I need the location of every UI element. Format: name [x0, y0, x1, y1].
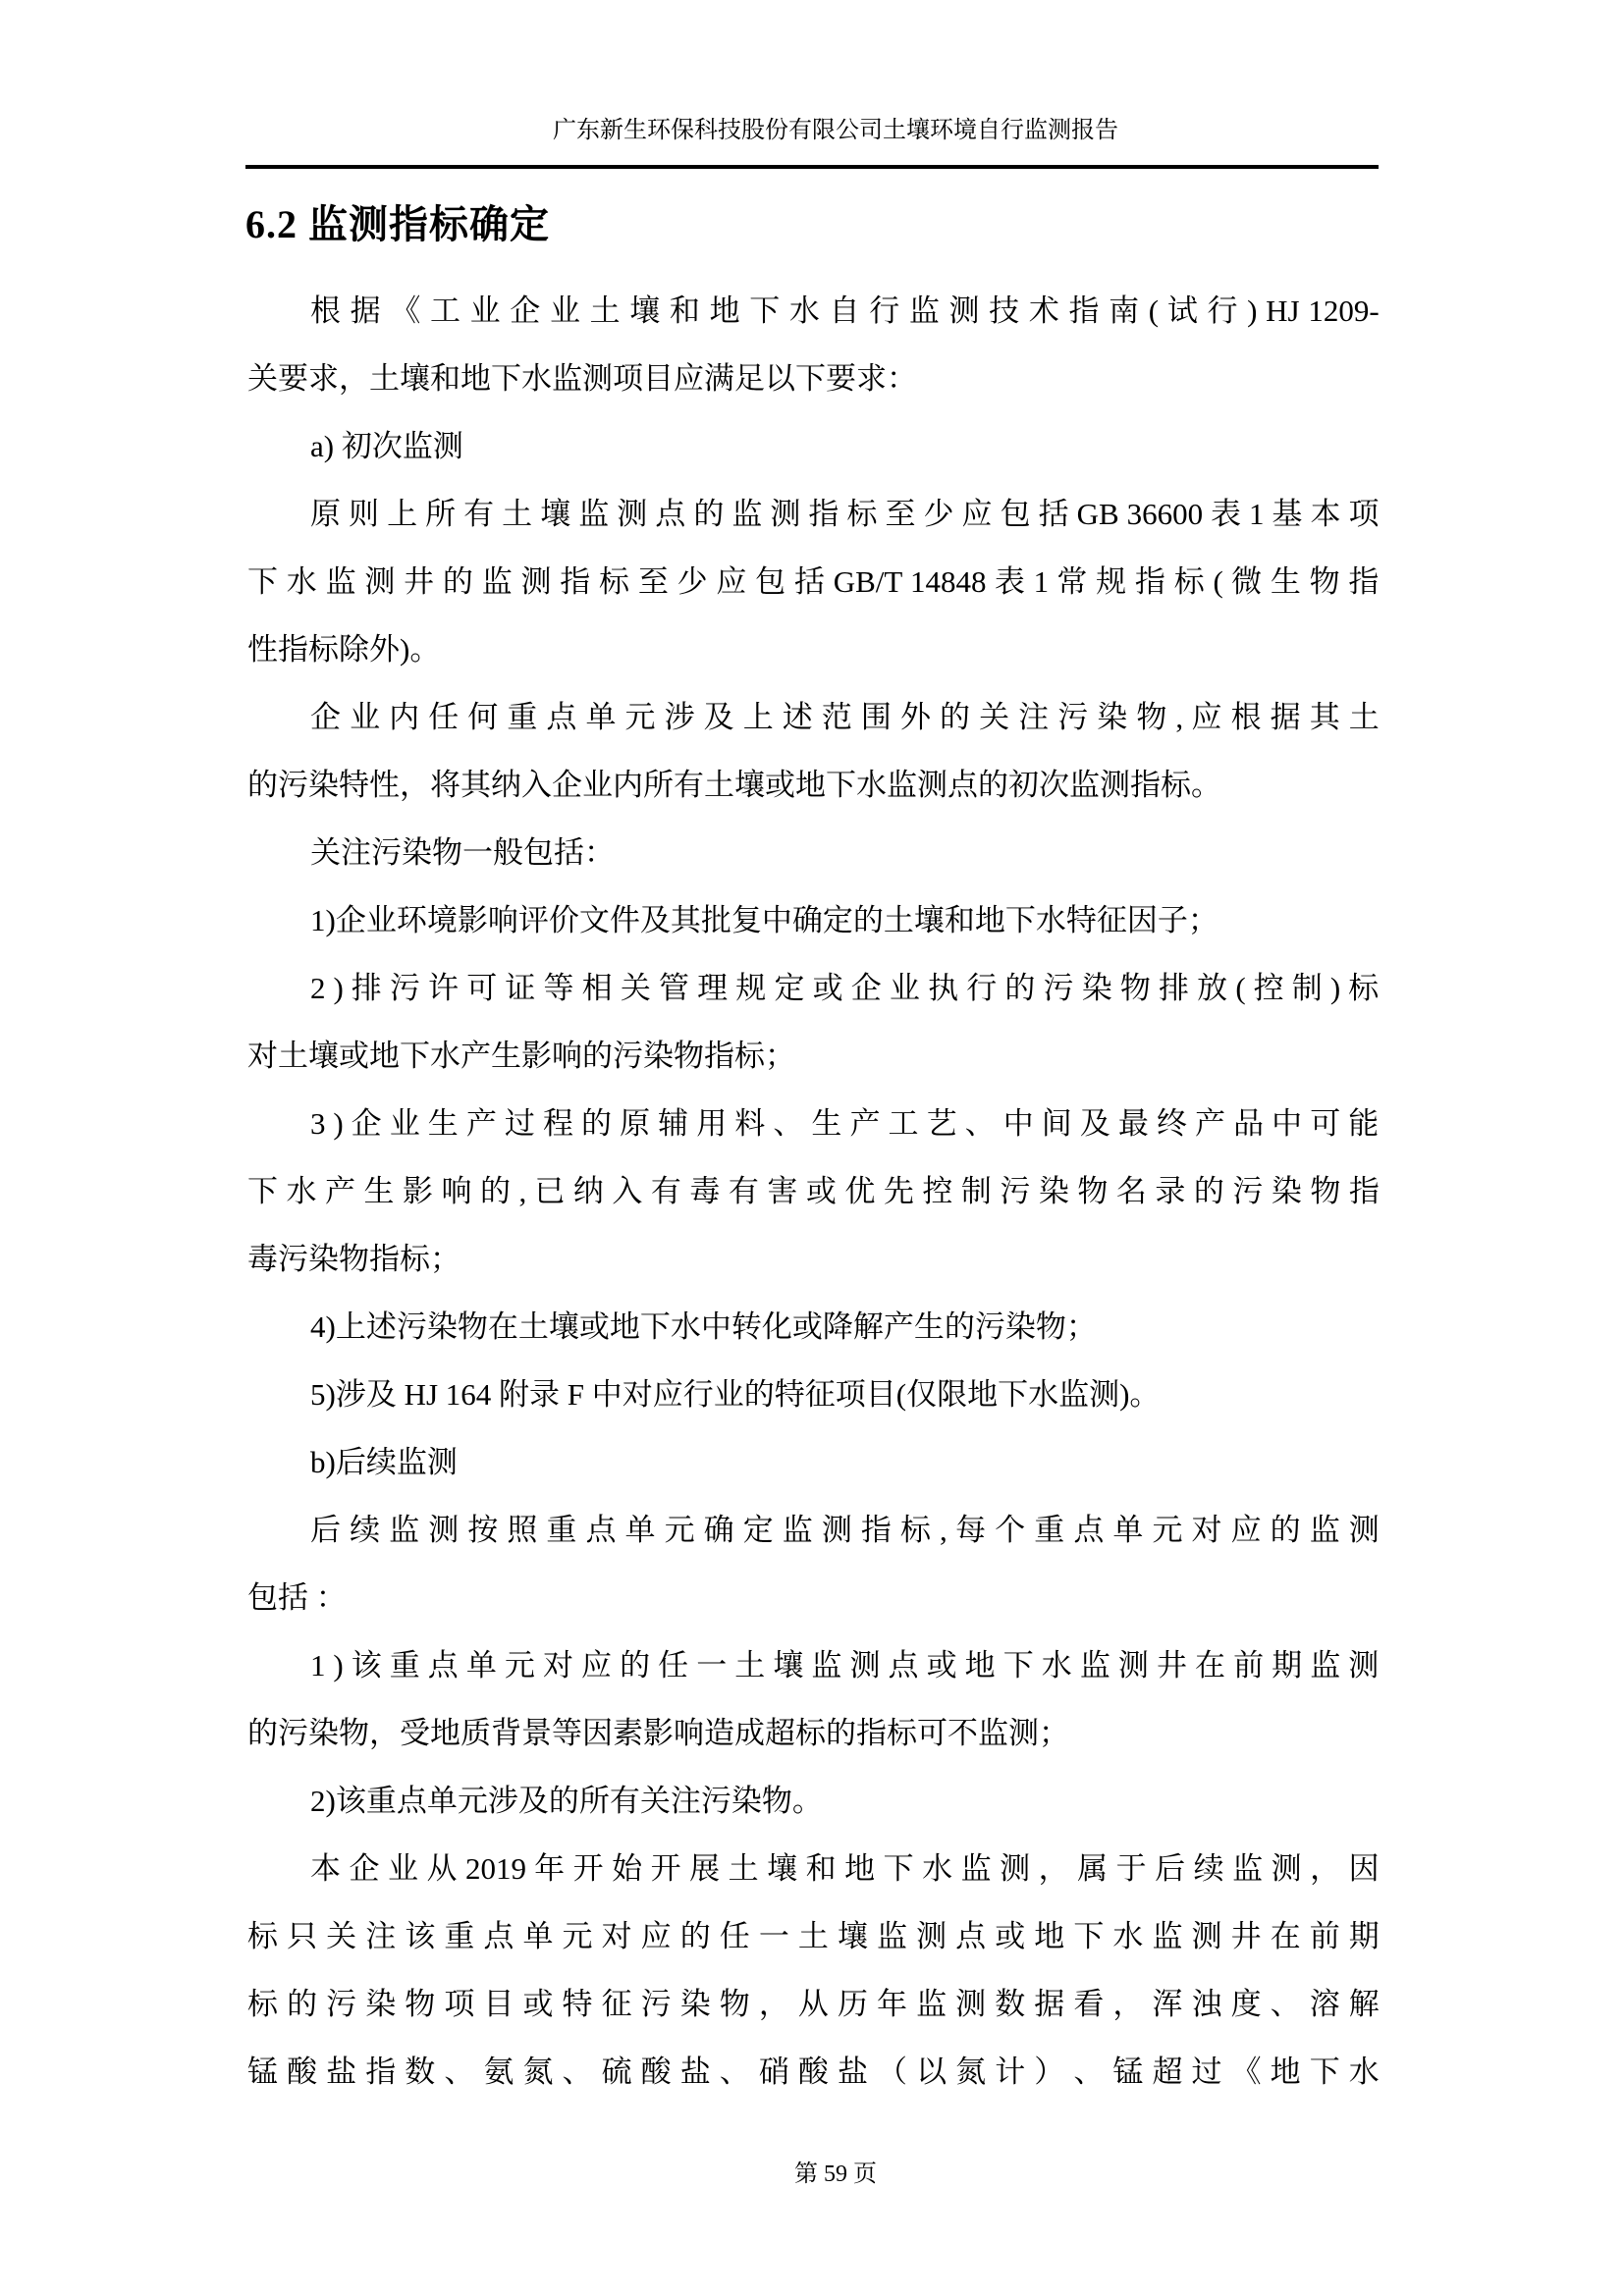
- body-line-segment: 或: [927, 1648, 957, 1682]
- body-line-segment: 或: [522, 1987, 554, 2021]
- body-line-segment: 监: [877, 1919, 908, 1953]
- body-line-segment: 或: [995, 1919, 1026, 1953]
- body-line-segment: 企: [310, 700, 342, 734]
- body-line-segment: 开: [651, 1851, 681, 1886]
- body-line-segment: 历: [838, 1987, 869, 2021]
- body-line-segment: 1: [310, 1648, 326, 1682]
- body-line-segment: 点: [889, 1648, 919, 1682]
- body-line-segment: 企: [352, 1106, 382, 1141]
- body-line-segment: 根: [310, 294, 342, 328]
- body-line-segment: 年: [534, 1851, 565, 1886]
- body-line-segment: 污: [326, 1987, 357, 2021]
- body-line-segment: 入: [612, 1174, 642, 1208]
- body-line-segment: 或: [806, 1174, 837, 1208]
- body-line-segment: 业: [350, 700, 381, 734]
- body-line-segment: 少: [677, 564, 709, 599]
- body-line-segment: 单: [522, 1919, 554, 1953]
- body-line-segment: 最: [1118, 1106, 1149, 1141]
- body-line-segment: 污: [641, 1987, 673, 2021]
- body-line-segment: (: [1213, 564, 1222, 599]
- body-line-segment: 、: [965, 1106, 996, 1141]
- body-line-segment: 浑: [1152, 1987, 1183, 2021]
- body-line-segment: 井: [404, 564, 435, 599]
- body-line-segment: 试: [1167, 294, 1199, 328]
- body-line-segment: 水: [789, 294, 821, 328]
- body-line-segment: 单: [625, 1513, 657, 1547]
- section-heading: 6.2 监测指标确定: [245, 198, 550, 251]
- body-line-segment: 应: [962, 497, 993, 531]
- body-line-segment: 优: [844, 1174, 875, 1208]
- body-line-segment: 水: [1112, 1919, 1144, 1953]
- body-line-segment: 、: [720, 2055, 751, 2089]
- body-line-segment: 地: [710, 294, 741, 328]
- body-line: 对土壤或地下水产生影响的污染物指标；: [247, 1022, 1379, 1090]
- body-line-segment: 对: [1192, 1513, 1223, 1547]
- body-line: 2 ) 排 污 许 可 证 等 相 关 管 理 规 定 或 企 业 执 行 的 …: [247, 954, 1379, 1022]
- body-line-segment: 管: [659, 971, 689, 1005]
- body-line-segment: 外: [900, 700, 932, 734]
- body-line-segment: 监: [578, 497, 609, 531]
- body-line-segment: 辅: [658, 1106, 688, 1141]
- body-line-segment: 可: [466, 971, 497, 1005]
- body-line-segment: 少: [924, 497, 954, 531]
- body-line-segment: 元: [625, 700, 657, 734]
- body-line: 标 只 关 注 该 重 点 单 元 对 应 的 任 一 土 壤 监 测 点 或 …: [247, 1902, 1379, 1970]
- body-line-segment: ，: [1112, 1987, 1144, 2021]
- body-line-segment: 企: [510, 294, 541, 328]
- body-line-segment: 对: [543, 1648, 573, 1682]
- body-line-segment: 污: [1000, 1174, 1030, 1208]
- body-line-segment: 硝: [759, 2055, 790, 2089]
- body-line-segment: 看: [1073, 1987, 1105, 2021]
- body-line: 本 企 业 从 2019 年 开 始 开 展 土 壤 和 地 下 水 监 测 ，…: [247, 1835, 1379, 1902]
- body-line-segment: 解: [1349, 1987, 1379, 2021]
- body-line-segment: 监: [916, 1987, 947, 2021]
- body-line-segment: 的: [443, 564, 474, 599]
- body-line-segment: 测: [520, 564, 552, 599]
- body-line-segment: 至: [885, 497, 915, 531]
- body-line-segment: 指: [1135, 564, 1166, 599]
- body-line-segment: ,: [940, 1513, 947, 1547]
- body-line-segment: 点: [585, 1513, 617, 1547]
- body-line-segment: 、: [773, 1106, 803, 1141]
- body-line-segment: 指: [1349, 1174, 1379, 1208]
- body-line-segment: 有: [463, 497, 494, 531]
- body-line-segment: 染: [365, 1987, 397, 2021]
- body-line-segment: 个: [995, 1513, 1026, 1547]
- body-line-segment: 物: [1120, 971, 1151, 1005]
- body-line-segment: 能: [1348, 1106, 1379, 1141]
- body-line-segment: 氮: [955, 2055, 987, 2089]
- body-line-segment: 地: [1271, 2055, 1302, 2089]
- body-line: 包括 ：: [247, 1564, 1379, 1631]
- body-line-segment: 应: [581, 1648, 612, 1682]
- body-line: 的污染物，受地质背景等因素影响造成超标的指标可不监测；: [247, 1699, 1379, 1767]
- body-line-segment: 井: [1157, 1648, 1187, 1682]
- body-line: 性指标除外)。: [247, 615, 1379, 683]
- body-line-segment: 包: [755, 564, 786, 599]
- body-line-segment: 属: [1077, 1851, 1108, 1886]
- body-line-segment: ，: [1039, 1851, 1069, 1886]
- body-line-segment: 行: [869, 294, 900, 328]
- body-line: 5)涉及 HJ 164 附录 F 中对应行业的特征项目(仅限地下水监测)。: [247, 1361, 1379, 1428]
- body-line-segment: 测: [770, 497, 800, 531]
- body-line-segment: 指: [1068, 294, 1100, 328]
- body-line-segment: 原: [620, 1106, 650, 1141]
- body-line-segment: 监: [482, 564, 514, 599]
- body-line-segment: 酸: [287, 2055, 318, 2089]
- body-line-segment: ,: [519, 1174, 527, 1208]
- body-line-segment: 监: [1152, 1919, 1183, 1953]
- body-line-segment: 内: [389, 700, 420, 734]
- body-line-segment: 监: [1080, 1648, 1110, 1682]
- body-line: 标 的 污 染 物 项 目 或 特 征 污 染 物 ， 从 历 年 监 测 数 …: [247, 1970, 1379, 2038]
- body-line-segment: 每: [955, 1513, 987, 1547]
- body-line-segment: 物: [1310, 564, 1341, 599]
- body-line-segment: 测: [916, 1919, 947, 1953]
- body-line-segment: 期: [1349, 1919, 1379, 1953]
- body-line-segment: ，: [759, 1987, 790, 2021]
- body-line-segment: 已: [534, 1174, 565, 1208]
- body-line-segment: 壤: [838, 1919, 869, 1953]
- body-line: 下 水 监 测 井 的 监 测 指 标 至 少 应 包 括 GB/T 14848…: [247, 548, 1379, 615]
- body-line-segment: 生: [428, 1106, 459, 1141]
- body-line-segment: 工: [889, 1106, 919, 1141]
- body-line-segment: 3: [310, 1106, 326, 1141]
- body-line-segment: 间: [1042, 1106, 1072, 1141]
- body-line-segment: 程: [543, 1106, 573, 1141]
- page-number: 第 59 页: [245, 2158, 1426, 2191]
- body-line-segment: 的: [480, 1174, 511, 1208]
- body-line-segment: 染: [1082, 971, 1112, 1005]
- body-line-segment: GB/T: [834, 564, 902, 599]
- body-line-segment: 点: [428, 1648, 459, 1682]
- body-line-segment: 点: [655, 497, 685, 531]
- body-line-segment: 定: [743, 1513, 775, 1547]
- body-line-segment: 前: [1310, 1919, 1341, 1953]
- body-line-segment: 地: [1034, 1919, 1065, 1953]
- body-line-segment: 监: [1232, 1851, 1263, 1886]
- body-line-segment: 监: [909, 294, 941, 328]
- body-line-segment: 硫: [602, 2055, 633, 2089]
- body-line-segment: 测: [364, 564, 396, 599]
- body-line-segment: 放: [1197, 971, 1227, 1005]
- body-line-segment: 表: [1211, 497, 1241, 531]
- body-text: 根 据 《 工 业 企 业 土 壤 和 地 下 水 自 行 监 测 技 术 指 …: [247, 277, 1379, 2106]
- body-line-segment: 标: [900, 1513, 932, 1547]
- body-line-segment: 重: [444, 1919, 475, 1953]
- body-line-segment: 水: [287, 1174, 317, 1208]
- body-line-segment: 污: [1044, 971, 1074, 1005]
- body-line-segment: 点: [483, 1919, 514, 1953]
- body-line-segment: 品: [1233, 1106, 1264, 1141]
- body-line-segment: 土: [590, 294, 622, 328]
- body-line-segment: 理: [697, 971, 728, 1005]
- body-line-segment: 生: [811, 1106, 841, 1141]
- body-line-segment: 指: [808, 497, 839, 531]
- body-line-segment: 土: [502, 497, 532, 531]
- body-line-segment: 下: [1310, 2055, 1341, 2089]
- body-line-segment: 纳: [573, 1174, 604, 1208]
- body-line-segment: 地: [844, 1851, 875, 1886]
- body-line-segment: 括: [794, 564, 826, 599]
- body-line-segment: 36600: [1127, 497, 1204, 531]
- body-line-segment: 指: [560, 564, 591, 599]
- body-line-segment: 产: [325, 1174, 355, 1208]
- body-line-segment: 下: [884, 1851, 914, 1886]
- body-line-segment: 毒: [689, 1174, 720, 1208]
- body-line-segment: 测: [822, 1513, 853, 1547]
- body-line: 原 则 上 所 有 土 壤 监 测 点 的 监 测 指 标 至 少 应 包 括 …: [247, 480, 1379, 548]
- body-line-segment: 测: [617, 497, 647, 531]
- body-line-segment: 元: [505, 1648, 535, 1682]
- body-line-segment: 响: [442, 1174, 472, 1208]
- body-line-segment: 其: [1310, 700, 1341, 734]
- body-line-segment: 点: [546, 700, 577, 734]
- body-line-segment: 述: [783, 700, 814, 734]
- body-line-segment: 锰: [1112, 2055, 1144, 2089]
- body-line: 毒污染物指标；: [247, 1225, 1379, 1293]
- body-line-segment: 续: [1194, 1851, 1224, 1886]
- body-line-segment: 《: [1231, 2055, 1263, 2089]
- body-line-segment: 下: [247, 1174, 278, 1208]
- body-line-segment: 表: [995, 564, 1026, 599]
- body-line-segment: 物: [1136, 700, 1167, 734]
- body-line-segment: 的: [1271, 1513, 1302, 1547]
- body-line-segment: 该: [352, 1648, 382, 1682]
- body-line-segment: 许: [428, 971, 459, 1005]
- body-line-segment: 测: [1118, 1648, 1149, 1682]
- body-line-segment: 料: [734, 1106, 765, 1141]
- body-line-segment: 下: [1073, 1919, 1105, 1953]
- body-line-segment: 前: [1233, 1648, 1264, 1682]
- body-line-segment: 、: [563, 2055, 594, 2089]
- body-line-segment: （: [877, 2055, 908, 2089]
- body-line-segment: 监: [1310, 1648, 1340, 1682]
- body-line-segment: 酸: [798, 2055, 830, 2089]
- body-line-segment: 排: [1159, 971, 1189, 1005]
- body-line-segment: 证: [505, 971, 535, 1005]
- body-line-segment: ,: [1175, 700, 1183, 734]
- body-line-segment: 点: [1073, 1513, 1105, 1547]
- body-line-segment: 从: [798, 1987, 830, 2021]
- body-line-segment: 的: [680, 1919, 712, 1953]
- body-line-segment: 涉: [665, 700, 696, 734]
- body-line-segment: 污: [1232, 1174, 1263, 1208]
- body-line-segment: 《: [390, 294, 421, 328]
- body-line-segment: 酸: [641, 2055, 673, 2089]
- body-line-segment: 重: [390, 1648, 420, 1682]
- body-line-segment: 标: [247, 1919, 279, 1953]
- body-line-segment: 害: [767, 1174, 797, 1208]
- body-line-segment: 重: [507, 700, 538, 734]
- body-line-segment: 标: [846, 497, 877, 531]
- body-line-segment: 井: [1231, 1919, 1263, 1953]
- body-line-segment: 规: [1096, 564, 1127, 599]
- body-line-segment: 监: [389, 1513, 420, 1547]
- body-line-segment: 行: [966, 971, 997, 1005]
- body-line-segment: 水: [1042, 1648, 1072, 1682]
- body-line-segment: 染: [1272, 1174, 1302, 1208]
- body-line-segment: 指: [1348, 564, 1379, 599]
- body-line-segment: 项: [1348, 497, 1379, 531]
- body-line: 3 ) 企 业 生 产 过 程 的 原 辅 用 料 、 生 产 工 艺 、 中 …: [247, 1090, 1379, 1157]
- body-line-segment: 展: [689, 1851, 720, 1886]
- body-line-segment: 名: [1116, 1174, 1147, 1208]
- body-line-segment: 因: [1349, 1851, 1379, 1886]
- body-line-segment: 地: [965, 1648, 996, 1682]
- body-line-segment: 测: [1272, 1851, 1302, 1886]
- body-line-segment: 土: [729, 1851, 759, 1886]
- body-line-segment: 关: [621, 971, 651, 1005]
- body-line-segment: ): [333, 1648, 343, 1682]
- body-line-segment: 土: [798, 1919, 830, 1953]
- body-line-segment: 物: [1310, 1174, 1340, 1208]
- body-line-segment: 排: [352, 971, 382, 1005]
- body-line: 的污染特性，将其纳入企业内所有土壤或地下水监测点的初次监测指标。: [247, 751, 1379, 819]
- body-line-segment: 染: [1039, 1174, 1069, 1208]
- body-line-segment: 数: [995, 1987, 1026, 2021]
- body-line-segment: 2: [310, 971, 326, 1005]
- body-line-segment: 测: [1000, 1851, 1030, 1886]
- body-line-segment: 溶: [1310, 1987, 1341, 2021]
- body-line-segment: 数: [405, 2055, 436, 2089]
- body-line-segment: 元: [563, 1919, 594, 1953]
- body-line-segment: 上: [387, 497, 417, 531]
- body-line-segment: 壤: [767, 1851, 797, 1886]
- body-line-segment: 的: [620, 1648, 650, 1682]
- body-line-segment: 自: [830, 294, 861, 328]
- body-line-segment: 度: [1231, 1987, 1263, 2021]
- body-line-segment: 业: [388, 1851, 418, 1886]
- body-line-segment: 物: [405, 1987, 436, 2021]
- body-line-segment: 、: [1073, 2055, 1105, 2089]
- body-line-segment: 期: [1272, 1648, 1302, 1682]
- body-line-segment: 土: [734, 1648, 765, 1682]
- body-line: 2)该重点单元涉及的所有关注污染物。: [247, 1767, 1379, 1835]
- body-line-segment: 括: [1039, 497, 1069, 531]
- body-line-segment: 标: [599, 564, 630, 599]
- body-line-segment: 包: [1001, 497, 1031, 531]
- body-line-segment: 术: [1029, 294, 1060, 328]
- body-line-segment: 上: [743, 700, 775, 734]
- body-line-segment: 监: [731, 497, 762, 531]
- body-line-segment: 注: [365, 1919, 397, 1953]
- body-line-segment: 始: [612, 1851, 642, 1886]
- body-line-segment: 续: [350, 1513, 381, 1547]
- body-line-segment: 开: [573, 1851, 604, 1886]
- body-line: 锰 酸 盐 指 数 、 氨 氮 、 硫 酸 盐 、 硝 酸 盐 （ 以 氮 计 …: [247, 2038, 1379, 2106]
- body-line-segment: 污: [1057, 700, 1089, 734]
- body-line-segment: 本: [1310, 497, 1340, 531]
- body-line-segment: 监: [811, 1648, 841, 1682]
- body-line-segment: 影: [403, 1174, 433, 1208]
- body-line-segment: 规: [735, 971, 766, 1005]
- body-line: 下 水 产 生 影 响 的 , 已 纳 入 有 毒 有 害 或 优 先 控 制 …: [247, 1157, 1379, 1225]
- body-line-segment: 水: [922, 1851, 952, 1886]
- body-line-segment: 后: [310, 1513, 342, 1547]
- body-line-segment: 关: [326, 1919, 357, 1953]
- page-header: 广东新生环保科技股份有限公司土壤环境自行监测报告: [245, 114, 1426, 147]
- body-line-segment: 产: [849, 1106, 880, 1141]
- body-line-segment: 业: [470, 294, 502, 328]
- body-line-segment: 应: [1192, 700, 1223, 734]
- body-line-segment: 中: [1003, 1106, 1034, 1141]
- body-line-segment: 微: [1231, 564, 1263, 599]
- body-line-segment: 或: [813, 971, 843, 1005]
- body-line-segment: 注: [1018, 700, 1050, 734]
- body-line-segment: 技: [989, 294, 1020, 328]
- body-line-segment: 指: [861, 1513, 893, 1547]
- body-line-segment: 监: [326, 564, 357, 599]
- body-line-segment: 先: [884, 1174, 914, 1208]
- body-line-segment: 锰: [247, 2055, 279, 2089]
- body-line-segment: 据: [1034, 1987, 1065, 2021]
- body-line-segment: (: [1149, 294, 1159, 328]
- body-line-segment: 1: [1249, 497, 1265, 531]
- body-line-segment: 监: [1310, 1513, 1341, 1547]
- body-line: a) 初次监测: [247, 412, 1379, 480]
- body-line-segment: 企: [350, 1851, 380, 1886]
- body-line-segment: 制: [1292, 971, 1323, 1005]
- body-line-segment: 艺: [927, 1106, 957, 1141]
- body-line-segment: 、: [444, 2055, 475, 2089]
- body-line-segment: 任: [720, 1919, 751, 1953]
- body-line-segment: 计: [995, 2055, 1026, 2089]
- body-line-segment: 氮: [522, 2055, 554, 2089]
- body-line-segment: 生: [364, 1174, 395, 1208]
- body-line-segment: 业: [390, 1106, 420, 1141]
- body-line-segment: 终: [1157, 1106, 1187, 1141]
- body-line-segment: 行: [1207, 294, 1238, 328]
- body-line-segment: ）: [1034, 2055, 1065, 2089]
- body-line-segment: 壤: [540, 497, 570, 531]
- body-line-segment: 执: [928, 971, 958, 1005]
- body-line-segment: 浊: [1192, 1987, 1223, 2021]
- body-line-segment: 业: [550, 294, 581, 328]
- body-line-segment: 水: [287, 564, 318, 599]
- body-line-segment: 照: [507, 1513, 538, 1547]
- body-line-segment: 一: [696, 1648, 727, 1682]
- body-line-segment: 测: [1192, 1919, 1223, 1953]
- body-line-segment: 指: [365, 2055, 397, 2089]
- body-line-segment: 任: [658, 1648, 688, 1682]
- body-line-segment: 基: [1272, 497, 1302, 531]
- body-line-segment: 测: [428, 1513, 460, 1547]
- body-line-segment: 的: [693, 497, 724, 531]
- body-line-segment: 物: [720, 1987, 751, 2021]
- body-line-segment: 目: [483, 1987, 514, 2021]
- body-line-segment: 过: [1192, 2055, 1223, 2089]
- body-line-segment: 确: [704, 1513, 735, 1547]
- body-line-segment: 年: [877, 1987, 908, 2021]
- body-line-segment: 单: [466, 1648, 497, 1682]
- body-line-segment: 录: [1155, 1174, 1185, 1208]
- body-line: 企 业 内 任 何 重 点 单 元 涉 及 上 述 范 围 外 的 关 注 污 …: [247, 683, 1379, 751]
- body-line-segment: GB: [1077, 497, 1119, 531]
- body-line: 1 ) 该 重 点 单 元 对 应 的 任 一 土 壤 监 测 点 或 地 下 …: [247, 1631, 1379, 1699]
- body-line-segment: 监: [783, 1513, 814, 1547]
- body-line-segment: 控: [1254, 971, 1284, 1005]
- body-line-segment: 从: [427, 1851, 458, 1886]
- body-line-segment: 产: [466, 1106, 497, 1141]
- body-line-segment: 则: [349, 497, 379, 531]
- body-line-segment: 元: [665, 1513, 696, 1547]
- body-line-segment: 等: [544, 971, 574, 1005]
- body-line-segment: 范: [822, 700, 853, 734]
- body-line-segment: 过: [505, 1106, 535, 1141]
- body-line-segment: 测: [955, 1987, 987, 2021]
